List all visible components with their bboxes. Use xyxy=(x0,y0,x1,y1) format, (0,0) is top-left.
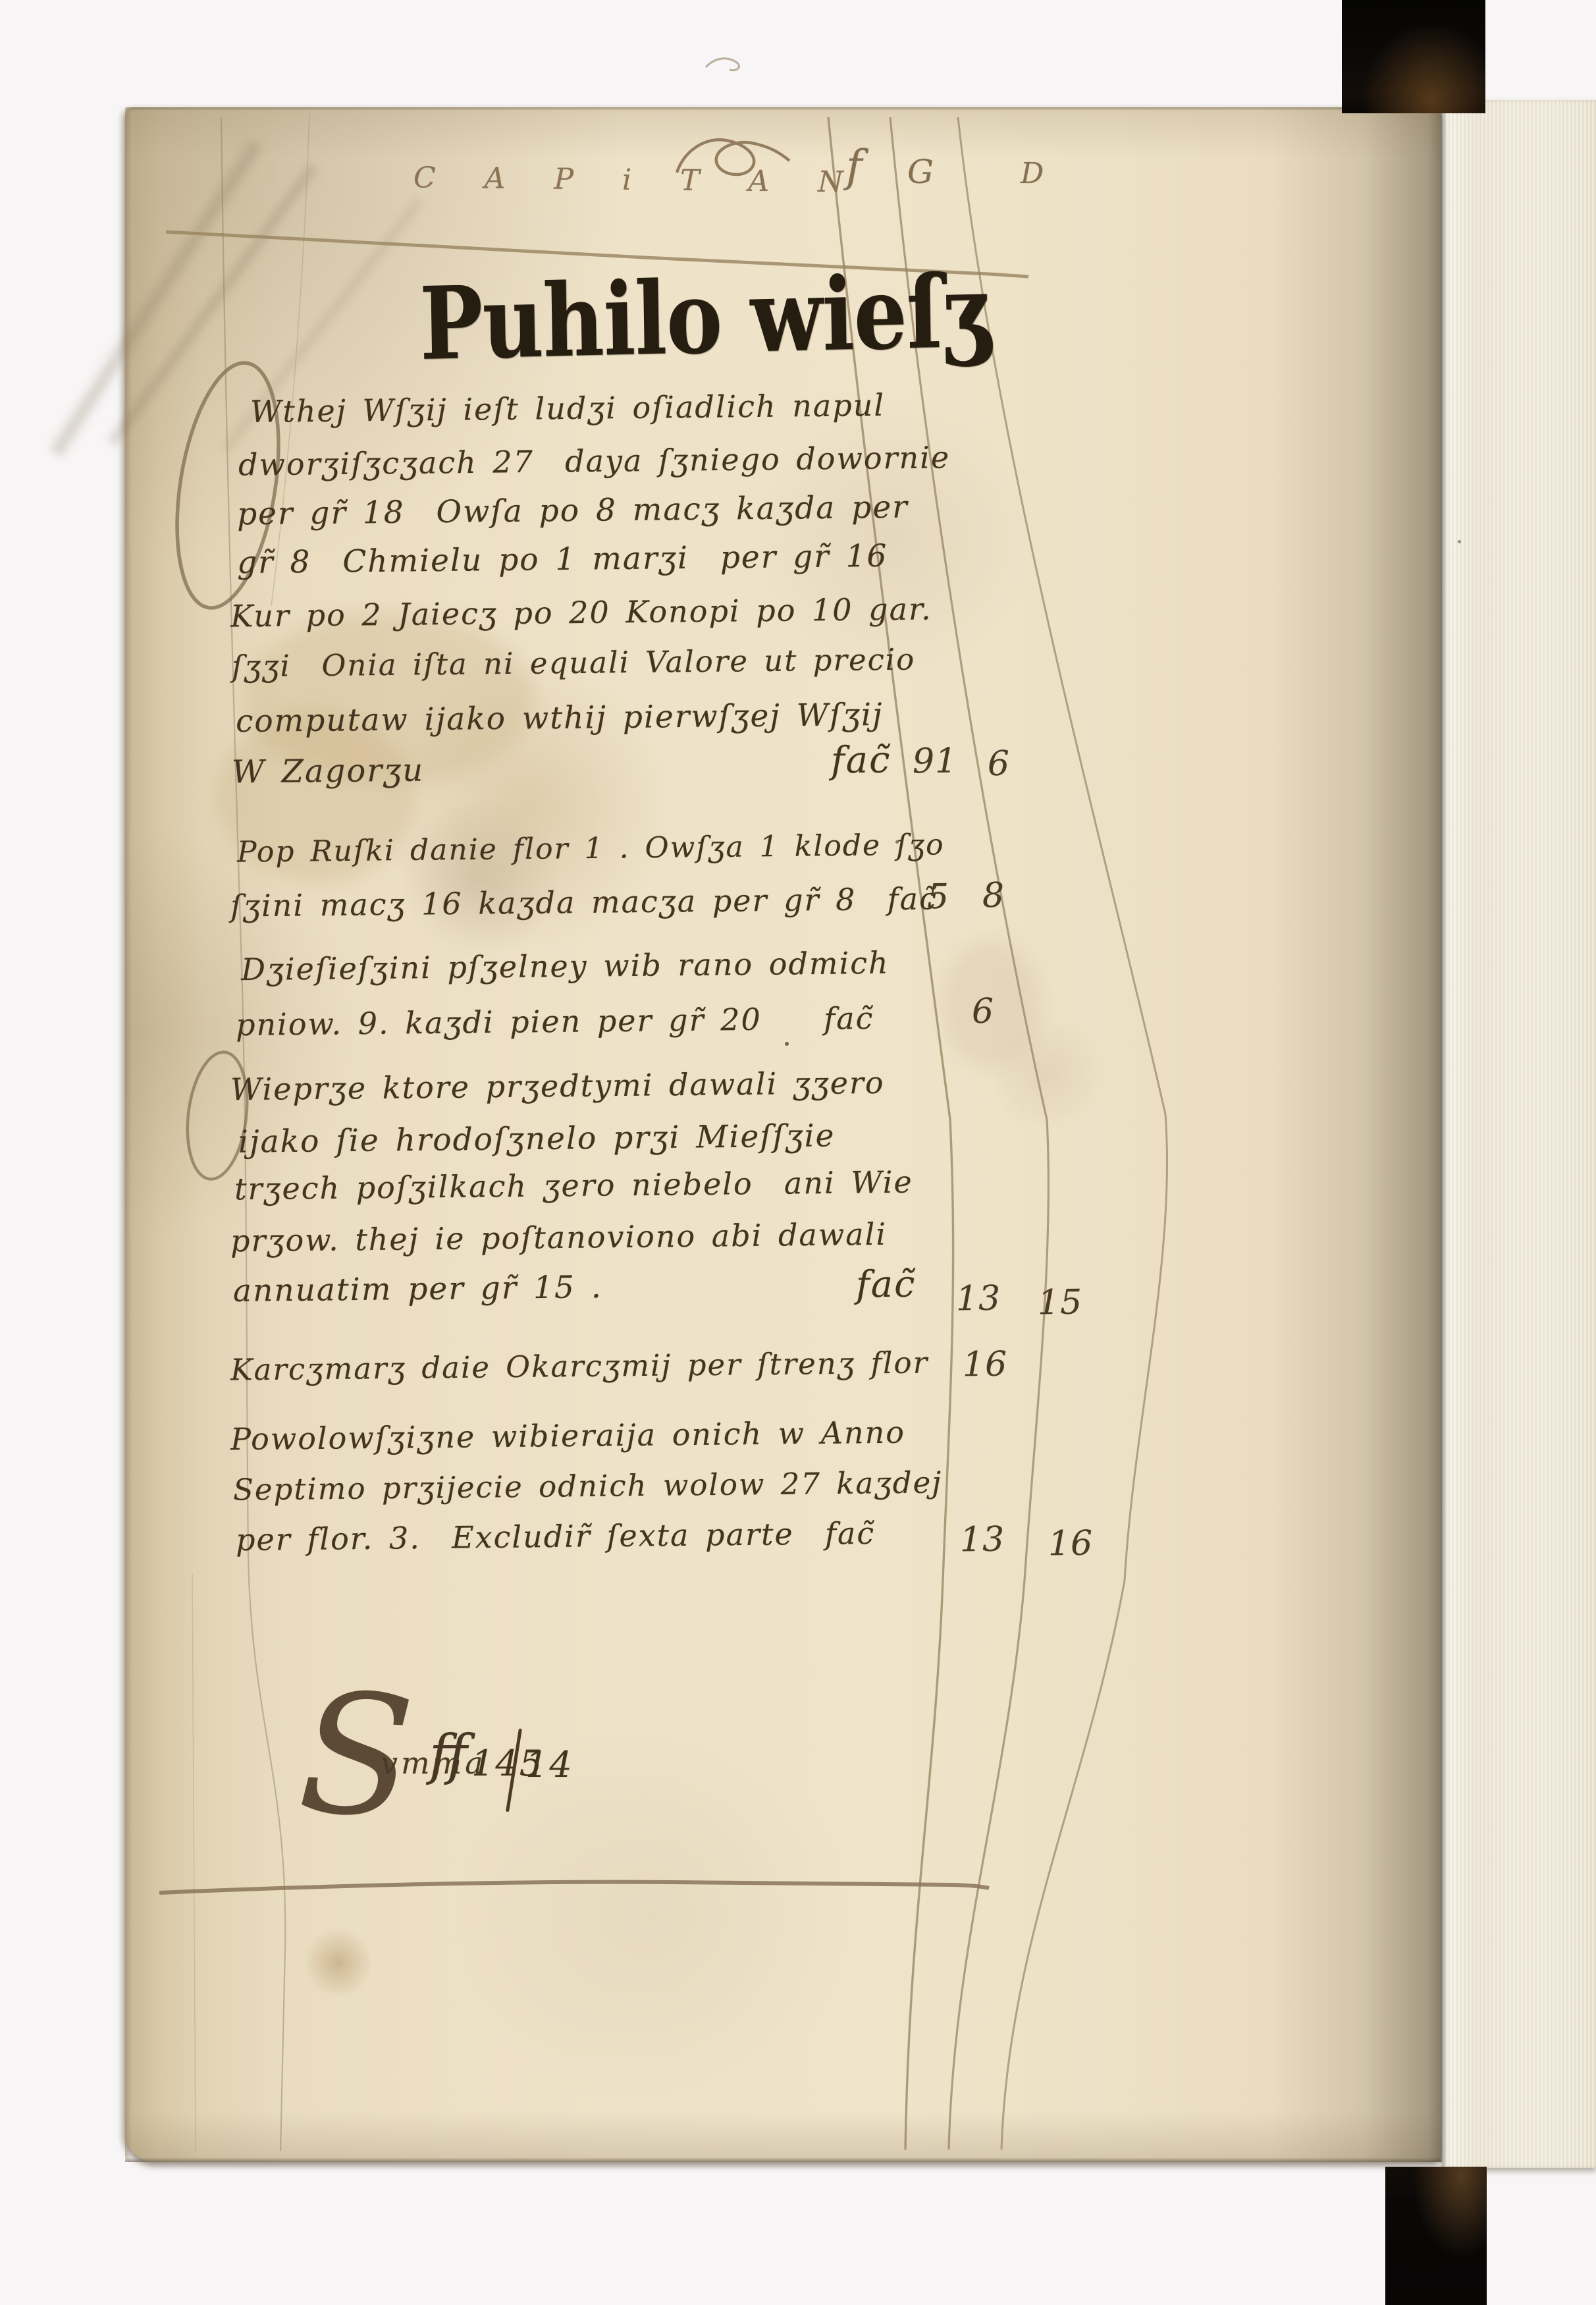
manuscript-line: Wieprʒe ktore prʒedtymi dawali ʒʒero xyxy=(230,1065,885,1107)
manuscript-line: gr̃ 8 Chmielu po 1 marʒi per gr̃ 16 xyxy=(237,538,888,581)
ink-speck xyxy=(785,1042,789,1046)
page-top-edge xyxy=(125,107,1441,111)
book-clasp-strap-bottom xyxy=(1385,2167,1487,2305)
manuscript-line: annuatim per gr̃ 15 . xyxy=(233,1269,602,1309)
amount-figure: 6 xyxy=(972,992,995,1031)
manuscript-line: trʒech poſʒilkach ʒero niebelo ani Wie xyxy=(234,1164,913,1207)
amount-figure: 13 xyxy=(960,1520,1005,1560)
manuscript-line: Septimo prʒijecie odnich wolow 27 kaʒdej xyxy=(233,1465,943,1507)
amount-figure: 5 xyxy=(927,877,950,917)
manuscript-line: ſʒini macʒ 16 kaʒda macʒa per gr̃ 8 fac̃ xyxy=(230,881,938,923)
manuscript-line: Dʒieſieſʒini pſʒelney wib rano odmich xyxy=(241,945,890,987)
book-clasp-strap-top xyxy=(1342,0,1485,113)
column-letter-d: D xyxy=(1021,157,1044,190)
manuscript-line: ijako ſie hrodoſʒnelo prʒi Mieſſʒie xyxy=(238,1118,836,1160)
column-letter-g: G xyxy=(907,153,934,191)
manuscript-line: Powolowſʒiʒne wibieraija onich w Anno xyxy=(230,1415,905,1457)
manuscript-line: Wthej Wſʒij ieſt ludʒi oſiadlich napul xyxy=(250,387,886,429)
manuscript-line: computaw ijako wthij pierwſʒej Wſʒij xyxy=(236,697,884,740)
summa-value-minor: 14 xyxy=(525,1744,573,1785)
book-following-pages-edge xyxy=(1442,100,1596,2168)
gutter-shadow xyxy=(1267,107,1442,2162)
chapter-heading: C A P i T A N xyxy=(413,161,863,199)
summa-ff-sign: ff xyxy=(429,1724,467,1787)
ink-speck xyxy=(1458,540,1461,543)
manuscript-line: W Zagorʒu xyxy=(232,751,425,790)
amount-figure: 6 xyxy=(988,744,1011,784)
manuscript-line: pniow. 9. kaʒdi pien per gr̃ 20 fac̃ xyxy=(236,1000,874,1043)
amount-figure: 8 xyxy=(982,876,1005,915)
corner-smudge-streak xyxy=(46,138,266,459)
manuscript-line: dworʒiſʒcʒach 27 daya ſʒniego dowornie xyxy=(238,439,951,482)
page-title: Puhilo wieſʒ xyxy=(419,252,990,383)
manuscript-line: ſʒʒi Onia iſta ni equali Valore ut preci… xyxy=(232,642,916,684)
amount-figure: 91 xyxy=(913,742,958,782)
page-bottom-edge xyxy=(125,2157,1441,2162)
manuscript-line: per flor. 3. Excludir̃ ſexta parte fac̃ xyxy=(236,1515,876,1558)
amount-figure: 16 xyxy=(1048,1524,1094,1564)
manuscript-line: fac̃ xyxy=(856,1263,917,1307)
manuscript-line: per gr̃ 18 Owſa po 8 macʒ kaʒda per xyxy=(237,489,909,533)
amount-figure: 15 xyxy=(1038,1283,1083,1323)
manuscript-line: Karcʒmarʒ daie Okarcʒmij per ſtrenʒ flor xyxy=(230,1345,929,1387)
manuscript-line: fac̃ xyxy=(831,739,891,782)
top-edge-mark xyxy=(706,59,739,70)
manuscript-line: Kur po 2 Jaiecʒ po 20 Konopi po 10 gar. xyxy=(230,591,932,634)
amount-figure: 13 xyxy=(956,1279,1001,1319)
amount-figure: 16 xyxy=(963,1345,1008,1385)
ink-speck xyxy=(895,840,899,844)
column-letter-f: f xyxy=(846,141,862,192)
scanned-manuscript-screenshot: { "header": { "chapter": "C A P i T A N"… xyxy=(0,0,1596,2305)
manuscript-line: prʒow. thej ie poſtanoviono abi dawali xyxy=(230,1216,888,1259)
